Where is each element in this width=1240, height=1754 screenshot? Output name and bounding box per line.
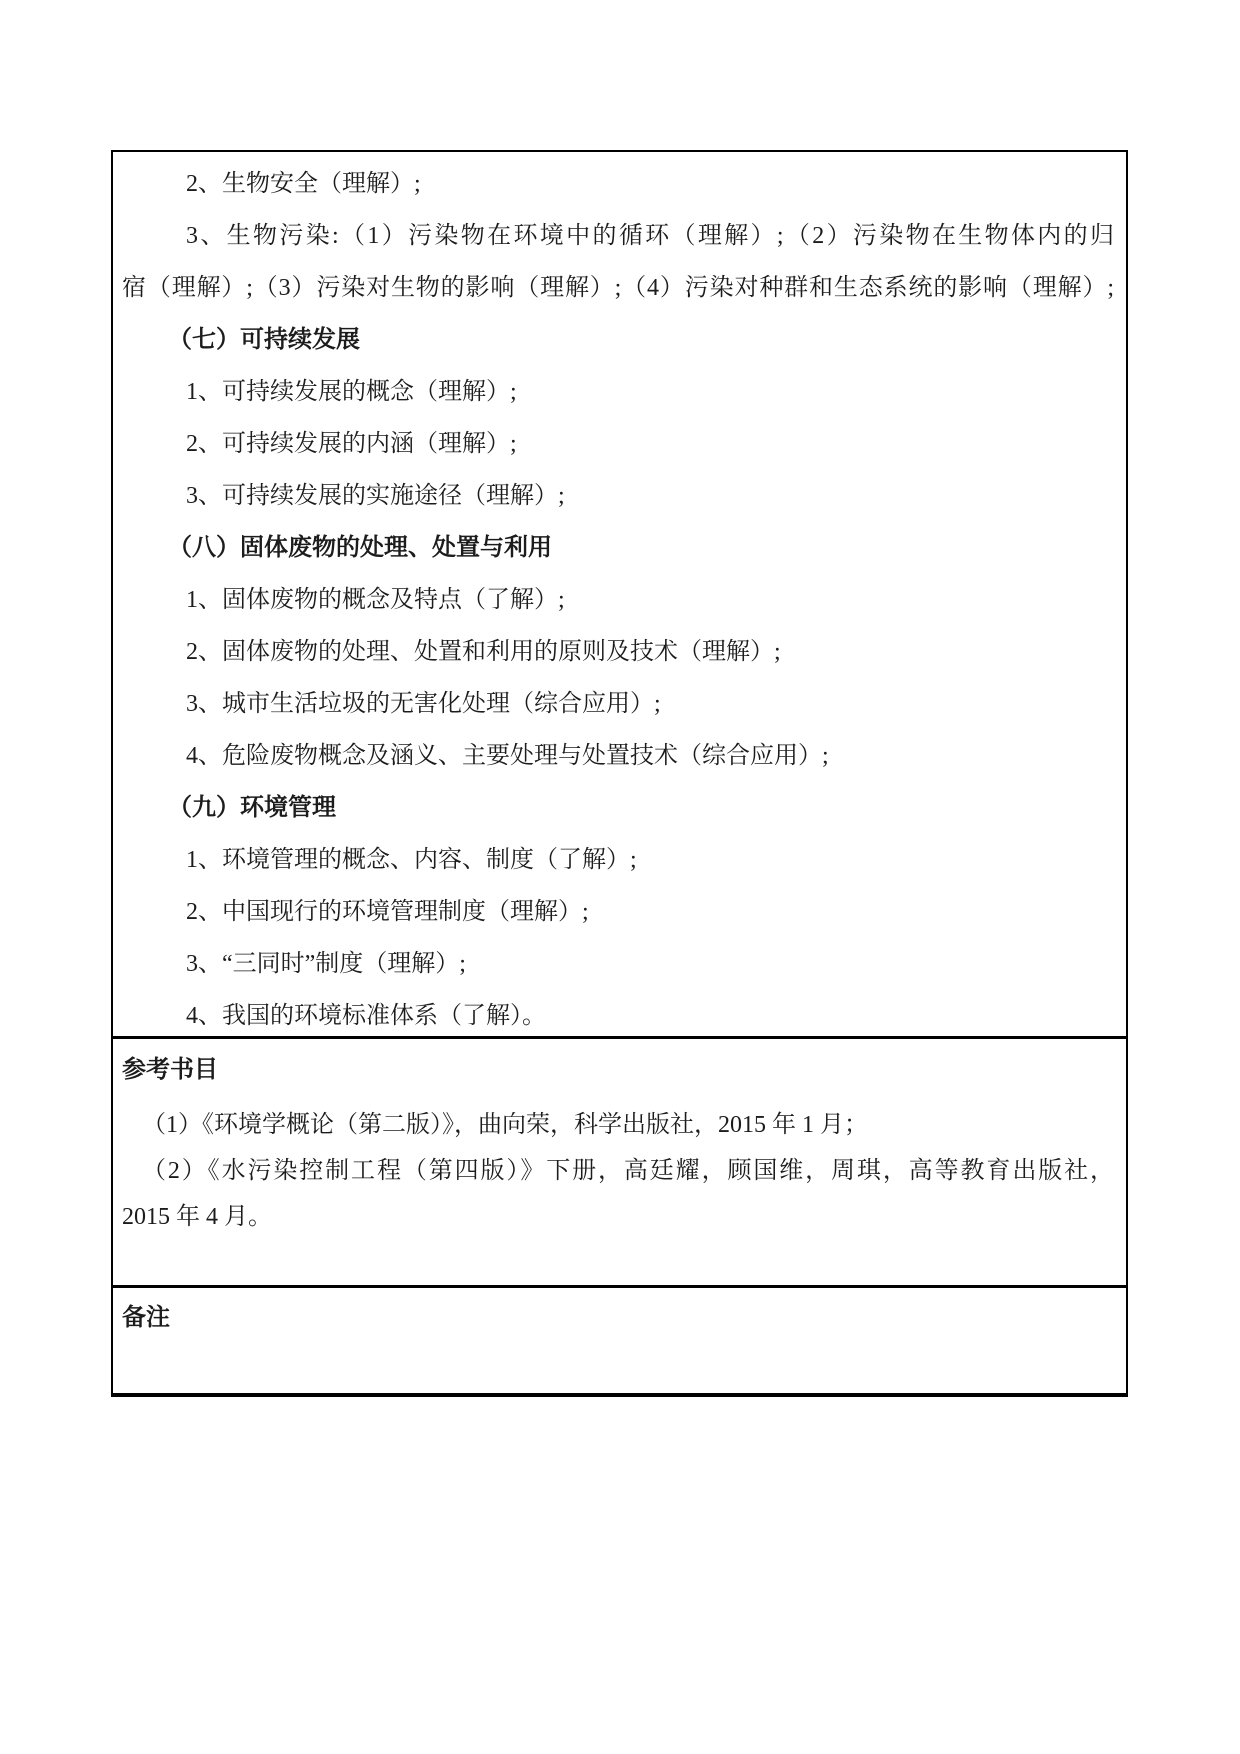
syllabus-line: 4、我国的环境标准体系（了解）。 [122, 990, 1114, 1036]
syllabus-line: 4、危险废物概念及涵义、主要处理与处置技术（综合应用）; [122, 730, 1114, 782]
reference-line: （1）《环境学概论（第二版）》，曲向荣，科学出版社，2015 年 1 月； [122, 1102, 1114, 1148]
syllabus-line: 3、城市生活垃圾的无害化处理（综合应用）; [122, 678, 1114, 730]
references-heading: 参考书目 [122, 1044, 1114, 1096]
syllabus-line: 1、可持续发展的概念（理解）; [122, 366, 1114, 418]
reference-line: 2015 年 4 月。 [122, 1194, 1114, 1240]
section-heading: （八）固体废物的处理、处置与利用 [122, 522, 1114, 574]
notes-heading: 备注 [122, 1292, 1114, 1344]
section-heading: （九）环境管理 [122, 782, 1114, 834]
syllabus-line: 3、可持续发展的实施途径（理解）; [122, 470, 1114, 522]
references-section: 参考书目 （1）《环境学概论（第二版）》，曲向荣，科学出版社，2015 年 1 … [113, 1036, 1126, 1285]
syllabus-line: 2、固体废物的处理、处置和利用的原则及技术（理解）; [122, 626, 1114, 678]
document-table: 2、生物安全（理解）; 3、生物污染:（1）污染物在环境中的循环（理解）;（2）… [111, 150, 1128, 1397]
section-heading: （七）可持续发展 [122, 314, 1114, 366]
reference-line: （2）《水污染控制工程（第四版）》下册，高廷耀，顾国维，周琪，高等教育出版社， [122, 1148, 1114, 1194]
syllabus-line: 1、环境管理的概念、内容、制度（了解）; [122, 834, 1114, 886]
page: { "document": { "background": "#ffffff",… [0, 0, 1240, 1754]
syllabus-section: 2、生物安全（理解）; 3、生物污染:（1）污染物在环境中的循环（理解）;（2）… [113, 152, 1126, 1036]
syllabus-line: 2、中国现行的环境管理制度（理解）; [122, 886, 1114, 938]
syllabus-line: 宿（理解）;（3）污染对生物的影响（理解）;（4）污染对种群和生态系统的影响（理… [122, 262, 1114, 314]
syllabus-line: 2、可持续发展的内涵（理解）; [122, 418, 1114, 470]
syllabus-line: 1、固体废物的概念及特点（了解）; [122, 574, 1114, 626]
syllabus-line: 3、“三同时”制度（理解）; [122, 938, 1114, 990]
syllabus-line: 2、生物安全（理解）; [122, 158, 1114, 210]
syllabus-line: 3、生物污染:（1）污染物在环境中的循环（理解）;（2）污染物在生物体内的归 [122, 210, 1114, 262]
notes-section: 备注 [113, 1285, 1126, 1393]
